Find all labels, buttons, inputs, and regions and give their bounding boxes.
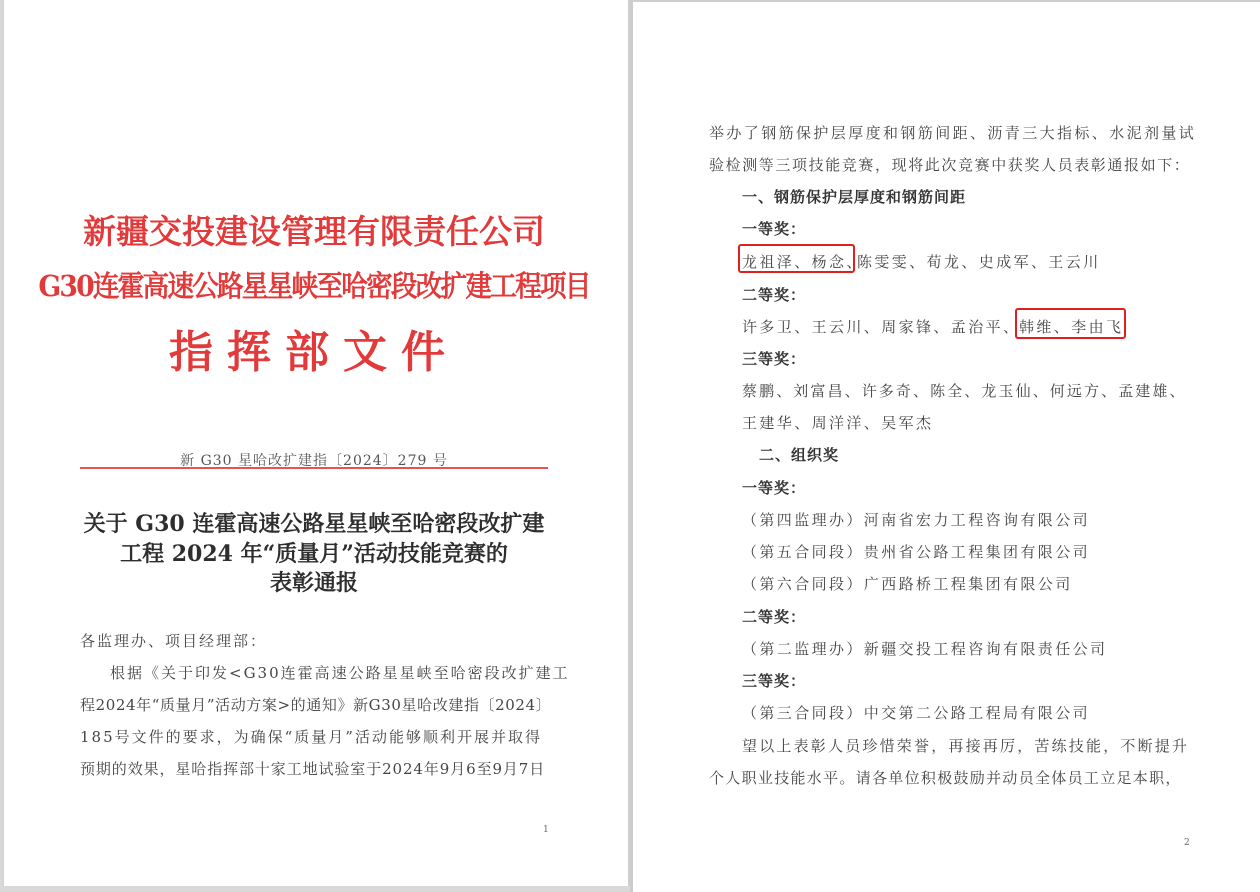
org-award-entry: （第三合同段）中交第二公路工程局有限公司	[742, 702, 1090, 723]
intro-line: 举办了钢筋保护层厚度和钢筋间距、沥青三大指标、水泥剂量试	[709, 122, 1196, 143]
document-page-1: 新疆交投建设管理有限责任公司 G30连霍高速公路星星峡至哈密段改扩建工程项目 指…	[2, 0, 630, 886]
org-award-entry: （第二监理办）新疆交投工程咨询有限责任公司	[742, 638, 1107, 659]
first-prize-label: 一等奖：	[742, 218, 806, 239]
closing-line: 望以上表彰人员珍惜荣誉，再接再厉，苦练技能，不断提升	[742, 735, 1189, 756]
body-line: 根据《关于印发<G30连霍高速公路星星峡至哈密段改扩建工	[110, 662, 570, 683]
org-award-entry: （第四监理办）河南省宏力工程咨询有限公司	[742, 509, 1090, 530]
third-prize-names: 蔡鹏、刘富昌、许多奇、陈全、龙玉仙、何远方、孟建雄、	[742, 380, 1187, 401]
org-award-entry: （第五合同段）贵州省公路工程集团有限公司	[742, 541, 1090, 562]
body-line: 预期的效果，星哈指挥部十家工地试验室于2024年9月6至9月7日	[80, 758, 545, 779]
org-third-prize-label: 三等奖：	[742, 670, 806, 691]
third-prize-label: 三等奖：	[742, 348, 806, 369]
salutation: 各监理办、项目经理部：	[80, 630, 267, 651]
section-heading-organization: 二、组织奖	[759, 444, 839, 465]
letterhead-divider	[80, 467, 548, 469]
highlight-box-first-prize	[738, 244, 855, 273]
page-number: 2	[1184, 838, 1190, 848]
letterhead-doc-type: 指挥部文件	[4, 316, 624, 380]
page-number: 1	[543, 825, 549, 835]
letterhead-project-name: G30连霍高速公路星星峡至哈密段改扩建工程项目	[29, 264, 599, 305]
document-title-line-2: 工程 2024 年“质量月”活动技能竞赛的	[4, 537, 624, 568]
highlight-box-second-prize	[1015, 308, 1126, 339]
second-prize-names: 许多卫、王云川、周家锋、孟治平、	[742, 316, 1020, 337]
closing-line: 个人职业技能水平。请各单位积极鼓励并动员全体员工立足本职，	[709, 767, 1182, 788]
section-heading-rebar: 一、钢筋保护层厚度和钢筋间距	[742, 186, 966, 207]
org-first-prize-label: 一等奖：	[742, 477, 806, 498]
intro-line: 验检测等三项技能竞赛，现将此次竞赛中获奖人员表彰通报如下：	[709, 154, 1190, 175]
third-prize-names: 王建华、周洋洋、吴军杰	[742, 412, 933, 433]
document-title-line-1: 关于 G30 连霍高速公路星星峡至哈密段改扩建	[4, 507, 624, 538]
second-prize-label: 二等奖：	[742, 284, 806, 305]
org-award-entry: （第六合同段）广西路桥工程集团有限公司	[742, 573, 1073, 594]
first-prize-names: 陈雯雯、荀龙、史成军、王云川	[857, 251, 1101, 272]
body-line: 185号文件的要求，为确保“质量月”活动能够顺利开展并取得	[80, 726, 542, 747]
org-second-prize-label: 二等奖：	[742, 606, 806, 627]
document-title-line-3: 表彰通报	[4, 566, 624, 597]
body-line: 程2024年“质量月”活动方案>的通知》新G30星哈改建指〔2024〕	[80, 694, 551, 715]
letterhead-org-name: 新疆交投建设管理有限责任公司	[4, 206, 624, 253]
